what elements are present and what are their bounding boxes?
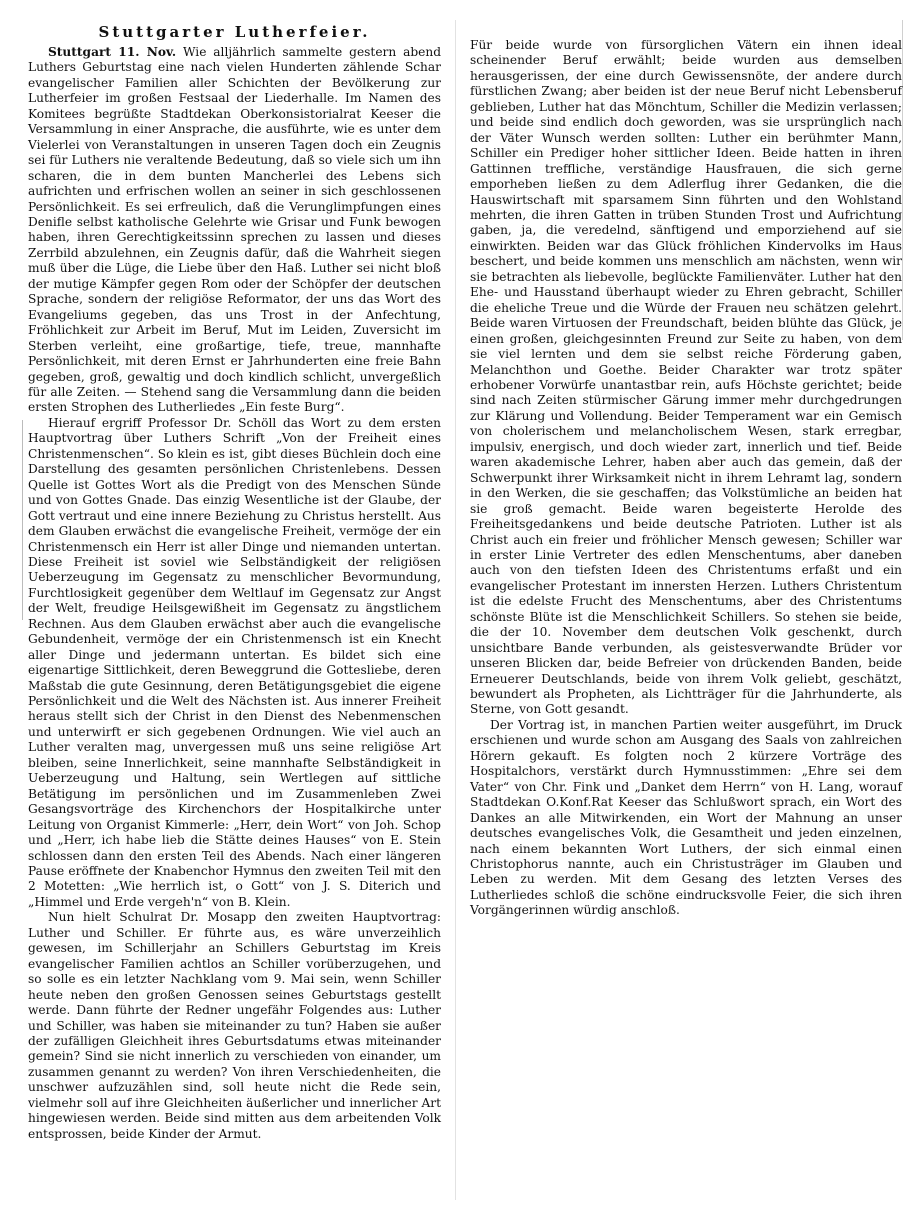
article-paragraph: Hierauf ergriff Professor Dr. Schöll das…	[28, 416, 441, 911]
scan-edge-mark	[22, 420, 23, 620]
article-paragraph: Für beide wurde von fürsorglichen Vätern…	[470, 38, 902, 718]
article-paragraph: Nun hielt Schulrat Dr. Mosapp den zweite…	[28, 910, 441, 1142]
article-paragraph: Der Vortrag ist, in manchen Partien weit…	[470, 718, 902, 919]
article-title: Stuttgarter Lutherfeier.	[28, 22, 441, 42]
article-paragraph: Stuttgart 11. Nov. Wie alljährlich samme…	[28, 45, 441, 416]
left-column: Stuttgarter Lutherfeier. Stuttgart 11. N…	[28, 22, 441, 1142]
paragraph-text: Wie alljährlich sammelte gestern abend L…	[28, 45, 441, 414]
scan-edge-mark	[902, 20, 903, 340]
newspaper-page: Stuttgarter Lutherfeier. Stuttgart 11. N…	[0, 0, 920, 1225]
dateline: Stuttgart 11. Nov.	[48, 45, 176, 59]
right-column: Für beide wurde von fürsorglichen Vätern…	[470, 38, 902, 919]
column-divider	[455, 20, 456, 1200]
